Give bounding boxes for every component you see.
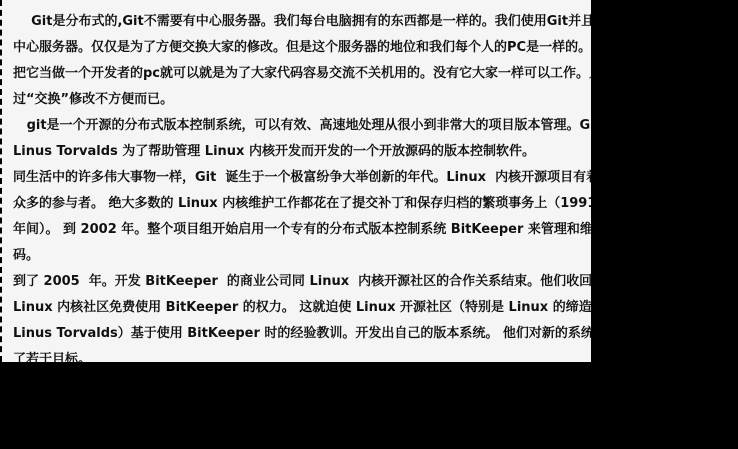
document-line: Linux 内核社区免费使用 BitKeeper 的权力。 这就迫使 Linux… — [13, 295, 589, 321]
document-line: 过“交换”修改不方便而已。 — [13, 87, 589, 113]
document-line: 年间）。 到 2002 年。整个项目组开始启用一个专有的分布式版本控制系统 Bi… — [13, 217, 589, 243]
document-line: git是一个开源的分布式版本控制系统，可以有效、高速地处理从很小到非常大的项目版… — [13, 113, 589, 139]
document-line: Linus Torvalds）基于使用 BitKeeper 时的经验教训。开发出… — [13, 321, 589, 347]
document-text-area[interactable]: Git是分布式的,Git不需要有中心服务器。我们每台电脑拥有的东西都是一样的。我… — [0, 0, 591, 362]
document-line: Git是分布式的,Git不需要有中心服务器。我们每台电脑拥有的东西都是一样的。我… — [13, 9, 589, 35]
document-line: 同生活中的许多伟大事物一样，Git 诞生于一个极富纷争大举创新的年代。Linux… — [13, 165, 589, 191]
document-line: 了若干目标。 — [13, 347, 589, 362]
document-line: 把它当做一个开发者的pc就可以就是为了大家代码容易交流不关机用的。没有它大家一样… — [13, 61, 589, 87]
document-line: 码。 — [13, 243, 589, 269]
document-line: 众多的参与者。 绝大多数的 Linux 内核维护工作都花在了提交补丁和保存归档的… — [13, 191, 589, 217]
document-line: Linus Torvalds 为了帮助管理 Linux 内核开发而开发的一个开放… — [13, 139, 589, 165]
document-line: 到了 2005 年。开发 BitKeeper 的商业公司同 Linux 内核开源… — [13, 269, 589, 295]
document-line: 中心服务器。仅仅是为了方便交换大家的修改。但是这个服务器的地位和我们每个人的PC… — [13, 35, 589, 61]
